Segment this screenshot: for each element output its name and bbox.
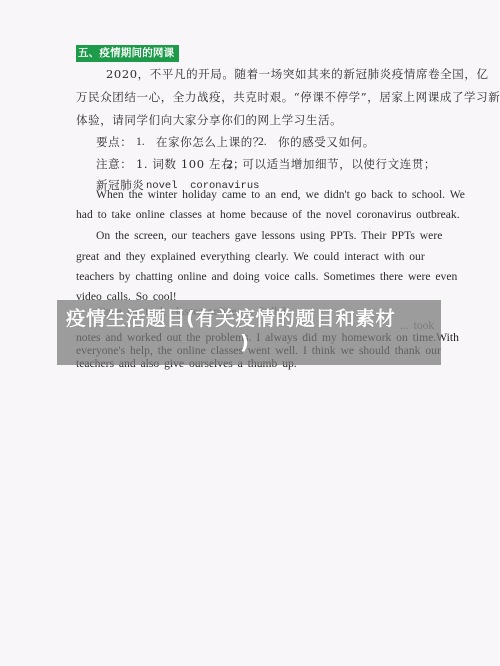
prompt-line-2: 万民众团结一心，全力战疫，共克时艰。“停课不停学”，居家上网课成了学习新 <box>76 89 500 105</box>
prompt-line-3: 体验，请同学们向大家分享你们的网上学习生活。 <box>76 112 342 128</box>
overlay-title: 疫情生活题目(有关疫情的题目和素材 <box>66 306 446 332</box>
key-points-label: 要点： <box>96 134 132 150</box>
note-2: 2. 可以适当增加细节，以使行文连贯； <box>226 156 436 172</box>
essay-line-4: great and they explained everything clea… <box>76 249 425 265</box>
overlay-title-continuation: ) <box>240 330 249 356</box>
key-point-1-text: 在家你怎么上课的？ <box>156 134 265 150</box>
prompt-line-1: 2020，不平凡的开局。随着一场突如其来的新冠肺炎疫情席卷全国，亿 <box>106 66 489 82</box>
key-point-2-number: 2. <box>258 134 267 150</box>
notes-label: 注意： <box>96 156 132 172</box>
key-point-2-text: 你的感受又如何。 <box>278 134 375 150</box>
essay-line-1: When the winter holiday came to an end, … <box>96 187 465 203</box>
essay-line-3: On the screen, our teachers gave lessons… <box>96 228 442 244</box>
essay-line-2: had to take online classes at home becau… <box>76 207 460 223</box>
key-point-1-number: 1. <box>136 134 145 150</box>
section-heading: 五、疫情期间的网课 <box>76 45 179 62</box>
essay-line-5: teachers by chatting online and doing vo… <box>76 269 457 285</box>
